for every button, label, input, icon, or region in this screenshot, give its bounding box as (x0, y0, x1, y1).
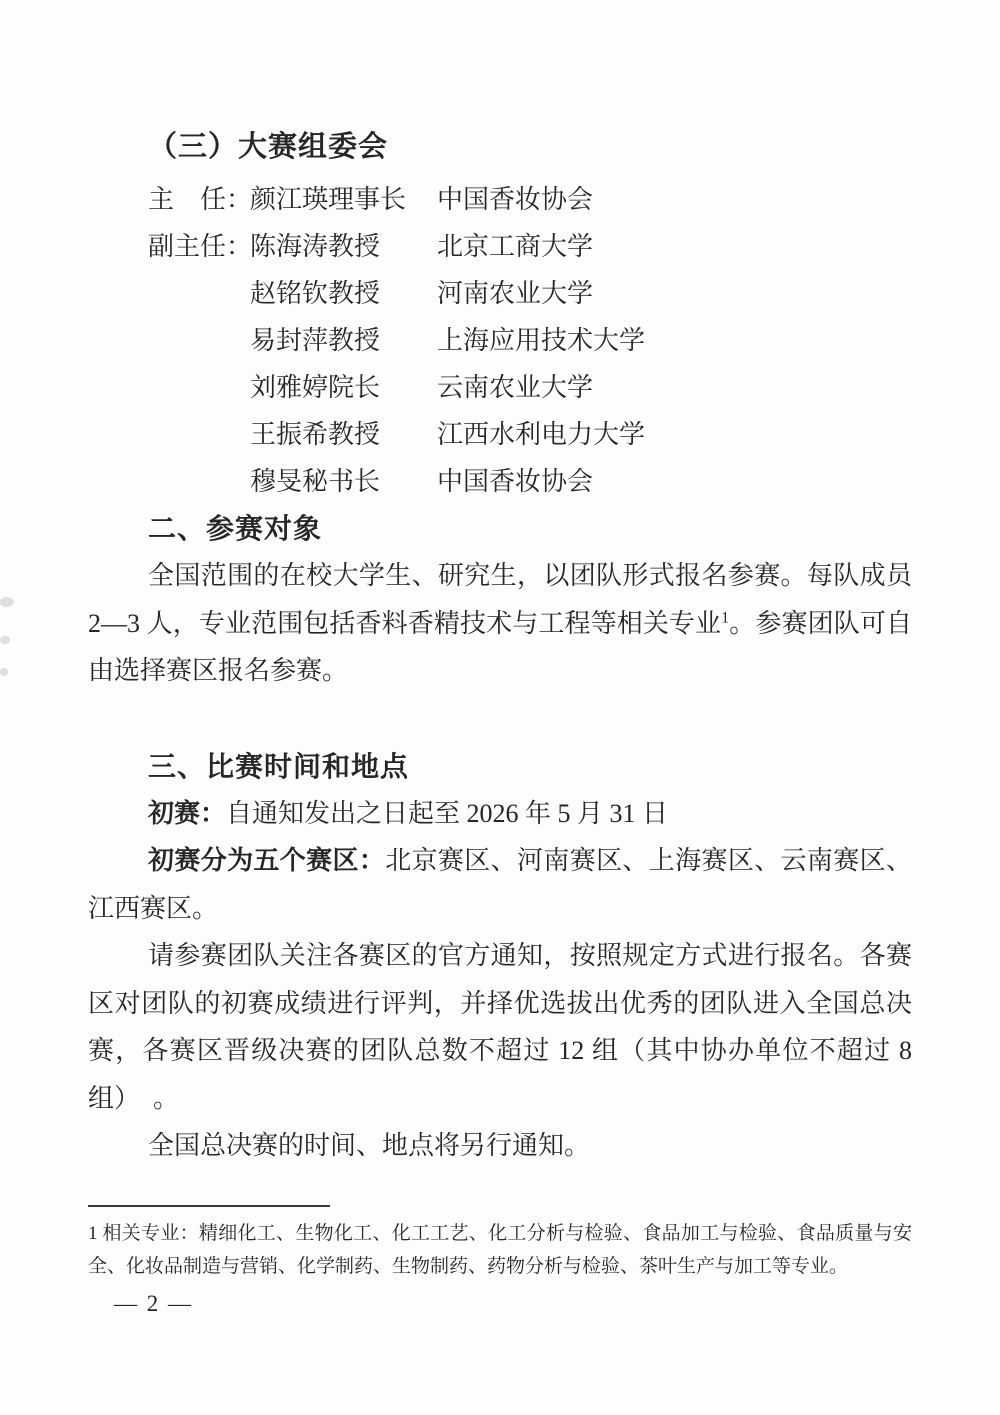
committee-role-label (148, 317, 250, 364)
committee-member-org: 江西水利电力大学 (437, 411, 912, 458)
committee-member-name: 陈海涛教授 (250, 223, 437, 270)
committee-row: 刘雅婷院长 云南农业大学 (148, 364, 912, 411)
footnote: 1 相关专业：精细化工、生物化工、化工工艺、化工分析与检验、食品加工与检验、食品… (88, 1217, 912, 1283)
footnote-reference: 1 (721, 609, 729, 626)
committee-member-name: 颜江瑛理事长 (250, 176, 437, 223)
participants-heading: 二、参赛对象 (148, 505, 912, 552)
schedule-section: 三、比赛时间和地点 初赛：自通知发出之日起至 2026 年 5 月 31 日 初… (88, 743, 912, 1170)
participants-section: 二、参赛对象 全国范围的在校大学生、研究生，以团队形式报名参赛。每队成员 2—3… (88, 505, 912, 695)
scan-artifact (0, 668, 8, 676)
committee-role-label (148, 364, 250, 411)
committee-heading: （三）大赛组委会 (148, 130, 912, 164)
footnote-text: 相关专业：精细化工、生物化工、化工工艺、化工分析与检验、食品加工与检验、食品质量… (88, 1223, 912, 1277)
committee-member-org: 北京工商大学 (437, 223, 912, 270)
schedule-heading: 三、比赛时间和地点 (148, 743, 912, 790)
registration-paragraph: 请参赛团队关注各赛区的官方通知，按照规定方式进行报名。各赛区对团队的初赛成绩进行… (88, 932, 912, 1122)
divisions-line: 初赛分为五个赛区：北京赛区、河南赛区、上海赛区、云南赛区、江西赛区。 (88, 837, 912, 932)
committee-role-label (148, 270, 250, 317)
committee-row: 赵铭钦教授 河南农业大学 (148, 270, 912, 317)
committee-section: （三）大赛组委会 主 任： 颜江瑛理事长 中国香妆协会 副主任： 陈海涛教授 北… (88, 130, 912, 505)
page-number: — 2 — (114, 1291, 912, 1317)
committee-member-name: 易封萍教授 (250, 317, 437, 364)
divisions-label: 初赛分为五个赛区： (148, 846, 385, 875)
committee-role-label (148, 458, 250, 505)
finals-notice-paragraph: 全国总决赛的时间、地点将另行通知。 (88, 1122, 912, 1170)
committee-member-name: 刘雅婷院长 (250, 364, 437, 411)
committee-member-org: 中国香妆协会 (437, 176, 912, 223)
committee-member-org: 河南农业大学 (437, 270, 912, 317)
committee-member-name: 赵铭钦教授 (250, 270, 437, 317)
committee-member-name: 穆旻秘书长 (250, 458, 437, 505)
committee-role-label (148, 411, 250, 458)
committee-member-org: 上海应用技术大学 (437, 317, 912, 364)
committee-member-name: 王振希教授 (250, 411, 437, 458)
footnote-marker: 1 (88, 1223, 98, 1244)
committee-row: 主 任： 颜江瑛理事长 中国香妆协会 (148, 176, 912, 223)
committee-rows: 主 任： 颜江瑛理事长 中国香妆协会 副主任： 陈海涛教授 北京工商大学 赵铭钦… (88, 176, 912, 505)
document-page: （三）大赛组委会 主 任： 颜江瑛理事长 中国香妆协会 副主任： 陈海涛教授 北… (0, 0, 1000, 1415)
committee-row: 穆旻秘书长 中国香妆协会 (148, 458, 912, 505)
committee-member-org: 中国香妆协会 (437, 458, 912, 505)
committee-row: 副主任： 陈海涛教授 北京工商大学 (148, 223, 912, 270)
preliminary-round-label: 初赛： (148, 799, 226, 828)
page-content: （三）大赛组委会 主 任： 颜江瑛理事长 中国香妆协会 副主任： 陈海涛教授 北… (88, 130, 912, 1170)
committee-row: 易封萍教授 上海应用技术大学 (148, 317, 912, 364)
committee-role-label: 副主任： (148, 223, 250, 270)
footnote-area: 1 相关专业：精细化工、生物化工、化工工艺、化工分析与检验、食品加工与检验、食品… (88, 1205, 912, 1317)
committee-member-org: 云南农业大学 (437, 364, 912, 411)
committee-role-label: 主 任： (148, 176, 250, 223)
preliminary-round-text: 自通知发出之日起至 2026 年 5 月 31 日 (226, 799, 668, 828)
footnote-separator-rule (88, 1205, 330, 1207)
committee-row: 王振希教授 江西水利电力大学 (148, 411, 912, 458)
preliminary-round-line: 初赛：自通知发出之日起至 2026 年 5 月 31 日 (88, 790, 912, 838)
scan-artifact (0, 636, 10, 644)
participants-paragraph: 全国范围的在校大学生、研究生，以团队形式报名参赛。每队成员 2—3 人，专业范围… (88, 552, 912, 695)
scan-artifact (0, 597, 14, 607)
